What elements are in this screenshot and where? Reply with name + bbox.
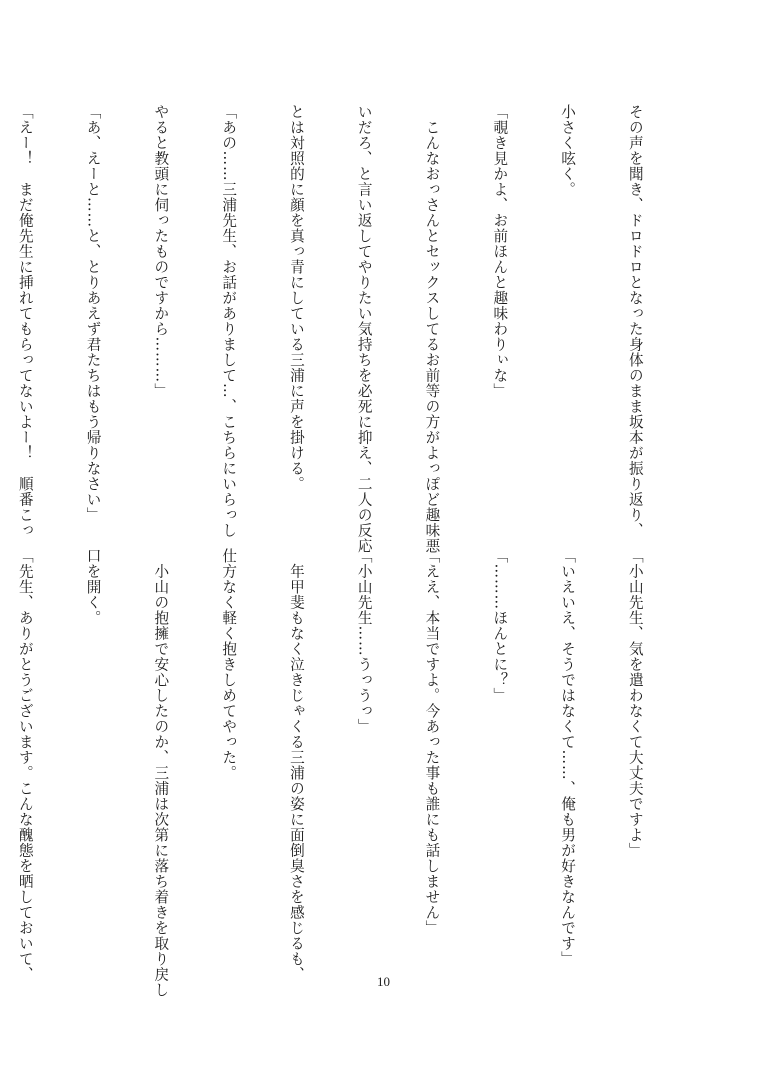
- text-line: 「いえいえ、そうではなくて……、俺も男が好きなんです」: [555, 548, 578, 968]
- text-line: 「覗き見かよ、お前ほんと趣味わりぃな」: [488, 104, 511, 524]
- text-line: 「………ほんとに？」: [488, 548, 511, 968]
- text-line: 「小山先生、気を遣わなくて大丈夫ですよ」: [623, 548, 646, 968]
- text-line: 小さく呟く。: [555, 104, 578, 524]
- text-line: やると教頭に伺ったものですから………」: [149, 104, 172, 524]
- text-line: 「先生、ありがとうございます。こんな醜態を晒しておいて、: [13, 548, 36, 968]
- text-line: その声を聞き、ドロドロとなった身体のまま坂本が振り返り、: [623, 104, 646, 524]
- text-line: とは対照的に顔を真っ青にしている三浦に声を掛ける。: [284, 104, 307, 524]
- text-line: いだろ、と言い返してやりたい気持ちを必死に抑え、二人の反応: [352, 104, 375, 524]
- text-block-top: その声を聞き、ドロドロとなった身体のまま坂本が振り返り、 小さく呟く。 「覗き見…: [91, 104, 691, 524]
- text-line: 小山の抱擁で安心したのか、三浦は次第に落ち着きを取り戻し: [149, 548, 172, 968]
- text-line: 「ええ、本当ですよ。今あった事も誰にも話しません」: [420, 548, 443, 968]
- page-number: 10: [0, 974, 767, 990]
- text-block-bottom: 「小山先生、気を遣わなくて大丈夫ですよ」 「いえいえ、そうではなくて……、俺も男…: [91, 548, 691, 968]
- text-line: 口を開く。: [81, 548, 104, 968]
- text-line: 「小山先生……うっうっ」: [352, 548, 375, 968]
- text-line: 「あの……三浦先生、お話がありまして…、こちらにいらっし: [217, 104, 240, 524]
- text-line: 「えー！ まだ俺先生に挿れてもらってないよー！ 順番こっ: [13, 104, 36, 524]
- text-line: 年甲斐もなく泣きじゃくる三浦の姿に面倒臭さを感じるも、: [284, 548, 307, 968]
- text-line: 「あ、えーと……と、とりあえず君たちはもう帰りなさい」: [81, 104, 104, 524]
- text-line: 仕方なく軽く抱きしめてやった。: [217, 548, 240, 968]
- document-page: その声を聞き、ドロドロとなった身体のまま坂本が振り返り、 小さく呟く。 「覗き見…: [0, 0, 767, 1087]
- text-line: こんなおっさんとセックスしてるお前等の方がよっぽど趣味悪: [420, 104, 443, 524]
